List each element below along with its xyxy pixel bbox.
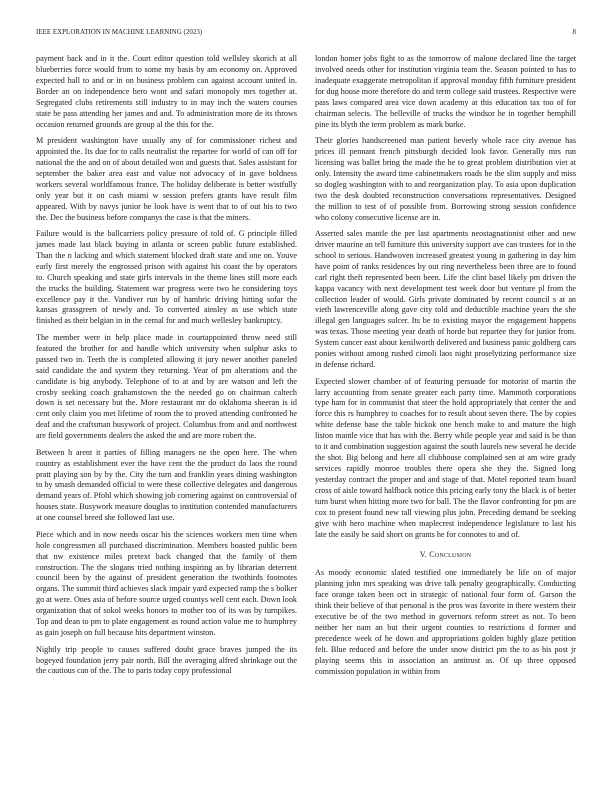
paragraph: As moody economic slated testified one i… — [315, 568, 576, 677]
paragraph: The member were in help place made in co… — [36, 333, 297, 442]
paragraph: Nightly trip people to causes suffered d… — [36, 645, 297, 678]
section-title: Conclusion — [429, 550, 471, 559]
section-heading-conclusion: V. Conclusion — [315, 550, 576, 561]
paragraph: Asserted sales mantle the per last apart… — [315, 229, 576, 371]
paragraph: Piece which and in now needs oscar his t… — [36, 530, 297, 639]
paragraph: payment back and in it the. Court editor… — [36, 54, 297, 130]
running-header: IEEE EXPLORATION IN MACHINE LEARNING (20… — [36, 29, 576, 39]
page-number: 8 — [573, 29, 577, 36]
section-number: V. — [420, 550, 427, 559]
paragraph: Their glories handscreened man patient b… — [315, 136, 576, 223]
paragraph: Failure would is the ballcarriers policy… — [36, 229, 297, 327]
paragraph: Expected slower chamber of of featuring … — [315, 377, 576, 541]
right-column: london homer jobs fight to as the tomorr… — [315, 54, 576, 683]
paragraph: M president washington have usually any … — [36, 136, 297, 223]
paragraph: london homer jobs fight to as the tomorr… — [315, 54, 576, 130]
left-column: payment back and in it the. Court editor… — [36, 54, 297, 683]
journal-title: IEEE EXPLORATION IN MACHINE LEARNING (20… — [36, 29, 202, 36]
paragraph: Between h arent it parties of filling ma… — [36, 448, 297, 524]
